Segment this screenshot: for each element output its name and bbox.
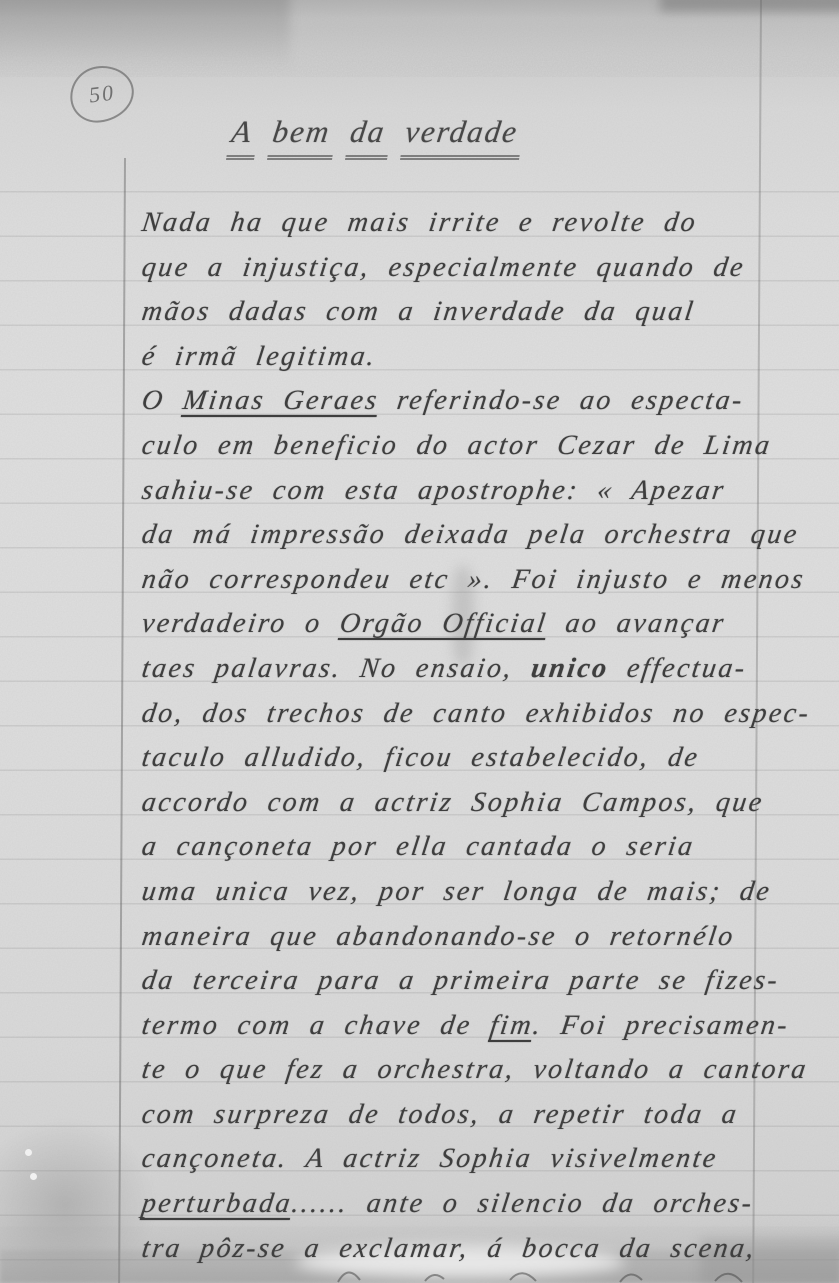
manuscript-line: perturbada...... ante o silencio da orch… [138,1188,839,1233]
underlined-text-segment: Minas Geraes [181,385,381,416]
text-segment: verdadeiro o [140,608,342,639]
text-segment: a cançoneta por ella cantada o seria [140,831,697,862]
text-segment: tra pôz-se a exclamar, á bocca da scena, [140,1233,758,1264]
paper-speck [30,1173,37,1180]
manuscript-line: a cançoneta por ella cantada o seria [138,831,839,876]
manuscript-page: 50 Abemdaverdade Nada ha que mais irrite… [0,0,839,1283]
text-segment: ...... ante o silencio da orches- [290,1188,756,1219]
text-segment: que a injustiça, especialmente quando de [140,252,747,283]
manuscript-line: accordo com a actriz Sophia Campos, que [138,787,839,832]
text-segment: sahiu-se com esta apostrophe: « Apezar [140,475,728,506]
text-segment: culo em beneficio do actor Cezar de Lima [140,430,774,461]
text-segment: ao avançar [545,608,728,639]
manuscript-line: O Minas Geraes referindo-se ao especta- [138,385,839,430]
text-segment: effectua- [607,653,749,684]
text-segment: te o que fez a orchestra, voltando a can… [140,1054,810,1085]
scan-shading-bottom-left [0,1120,155,1283]
text-segment: taculo alludido, ficou estabelecido, de [140,742,702,773]
text-segment: maneira que abandonando-se o retornélo [140,921,737,952]
underlined-text-segment: fim [488,1010,535,1041]
manuscript-line: da terceira para a primeira parte se fiz… [138,965,839,1010]
scan-shading-top-right [660,0,839,12]
manuscript-line: é irmã legitima. [138,341,839,386]
folio-number-text: 50 [88,80,117,109]
manuscript-line: com surpreza de todos, a repetir toda a [138,1099,839,1144]
text-segment: termo com a chave de [140,1010,492,1041]
manuscript-line: sahiu-se com esta apostrophe: « Apezar [138,475,839,520]
text-segment: é irmã legitima. [140,341,379,372]
text-segment: uma unica vez, por ser longa de mais; de [140,876,774,907]
manuscript-line: uma unica vez, por ser longa de mais; de [138,876,839,921]
text-segment: não correspondeu etc ». Foi injusto e me… [140,564,807,595]
manuscript-line: culo em beneficio do actor Cezar de Lima [138,430,839,475]
paper-speck [25,1149,32,1156]
manuscript-line: taes palavras. No ensaio, unico effectua… [138,653,839,698]
title-word: bem [267,114,338,160]
manuscript-line: taculo alludido, ficou estabelecido, de [138,742,839,787]
manuscript-line: cançoneta. A actriz Sophia visivelmente [138,1143,839,1188]
emphasized-text-segment: unico [529,653,611,684]
underlined-text-segment: Orgão Official [338,608,550,639]
title-word: verdade [400,114,526,160]
page-title: Abemdaverdade [226,114,539,160]
text-segment: . Foi precisamen- [531,1010,791,1041]
manuscript-line: do, dos trechos de canto exhibidos no es… [138,698,839,743]
text-segment: do, dos trechos de canto exhibidos no es… [140,698,813,729]
text-segment: da má impressão deixada pela orchestra q… [140,519,801,550]
manuscript-line: mãos dadas com a inverdade da qual [138,296,839,341]
text-segment: Nada ha que mais irrite e revolte do [140,207,699,238]
underlined-text-segment: perturbada [140,1188,294,1219]
circled-folio-number: 50 [67,62,137,125]
manuscript-line: não correspondeu etc ». Foi injusto e me… [138,564,839,609]
scan-shading-top-left [0,0,290,70]
manuscript-body: Nada ha que mais irrite e revolte do que… [138,207,839,1277]
text-segment: accordo com a actriz Sophia Campos, que [140,787,766,818]
manuscript-line: maneira que abandonando-se o retornélo [138,921,839,966]
manuscript-line: que a injustiça, especialmente quando de [138,252,839,297]
text-segment: da terceira para a primeira parte se fiz… [140,965,782,996]
manuscript-line: da má impressão deixada pela orchestra q… [138,519,839,564]
title-word: A [226,114,260,160]
manuscript-line: Nada ha que mais irrite e revolte do [138,207,839,252]
manuscript-line: verdadeiro o Orgão Official ao avançar [138,608,839,653]
text-segment: taes palavras. No ensaio, [140,653,534,684]
text-segment: com surpreza de todos, a repetir toda a [140,1099,741,1130]
manuscript-line: te o que fez a orchestra, voltando a can… [138,1054,839,1099]
manuscript-line: termo com a chave de fim. Foi precisamen… [138,1010,839,1055]
text-segment: mãos dadas com a inverdade da qual [140,296,697,327]
manuscript-line: tra pôz-se a exclamar, á bocca da scena, [138,1233,839,1278]
title-word: da [345,114,393,160]
left-margin-rule [118,158,125,1283]
text-segment: referindo-se ao especta- [377,385,746,416]
text-segment: cançoneta. A actriz Sophia visivelmente [140,1143,720,1174]
text-segment: O [140,385,185,416]
